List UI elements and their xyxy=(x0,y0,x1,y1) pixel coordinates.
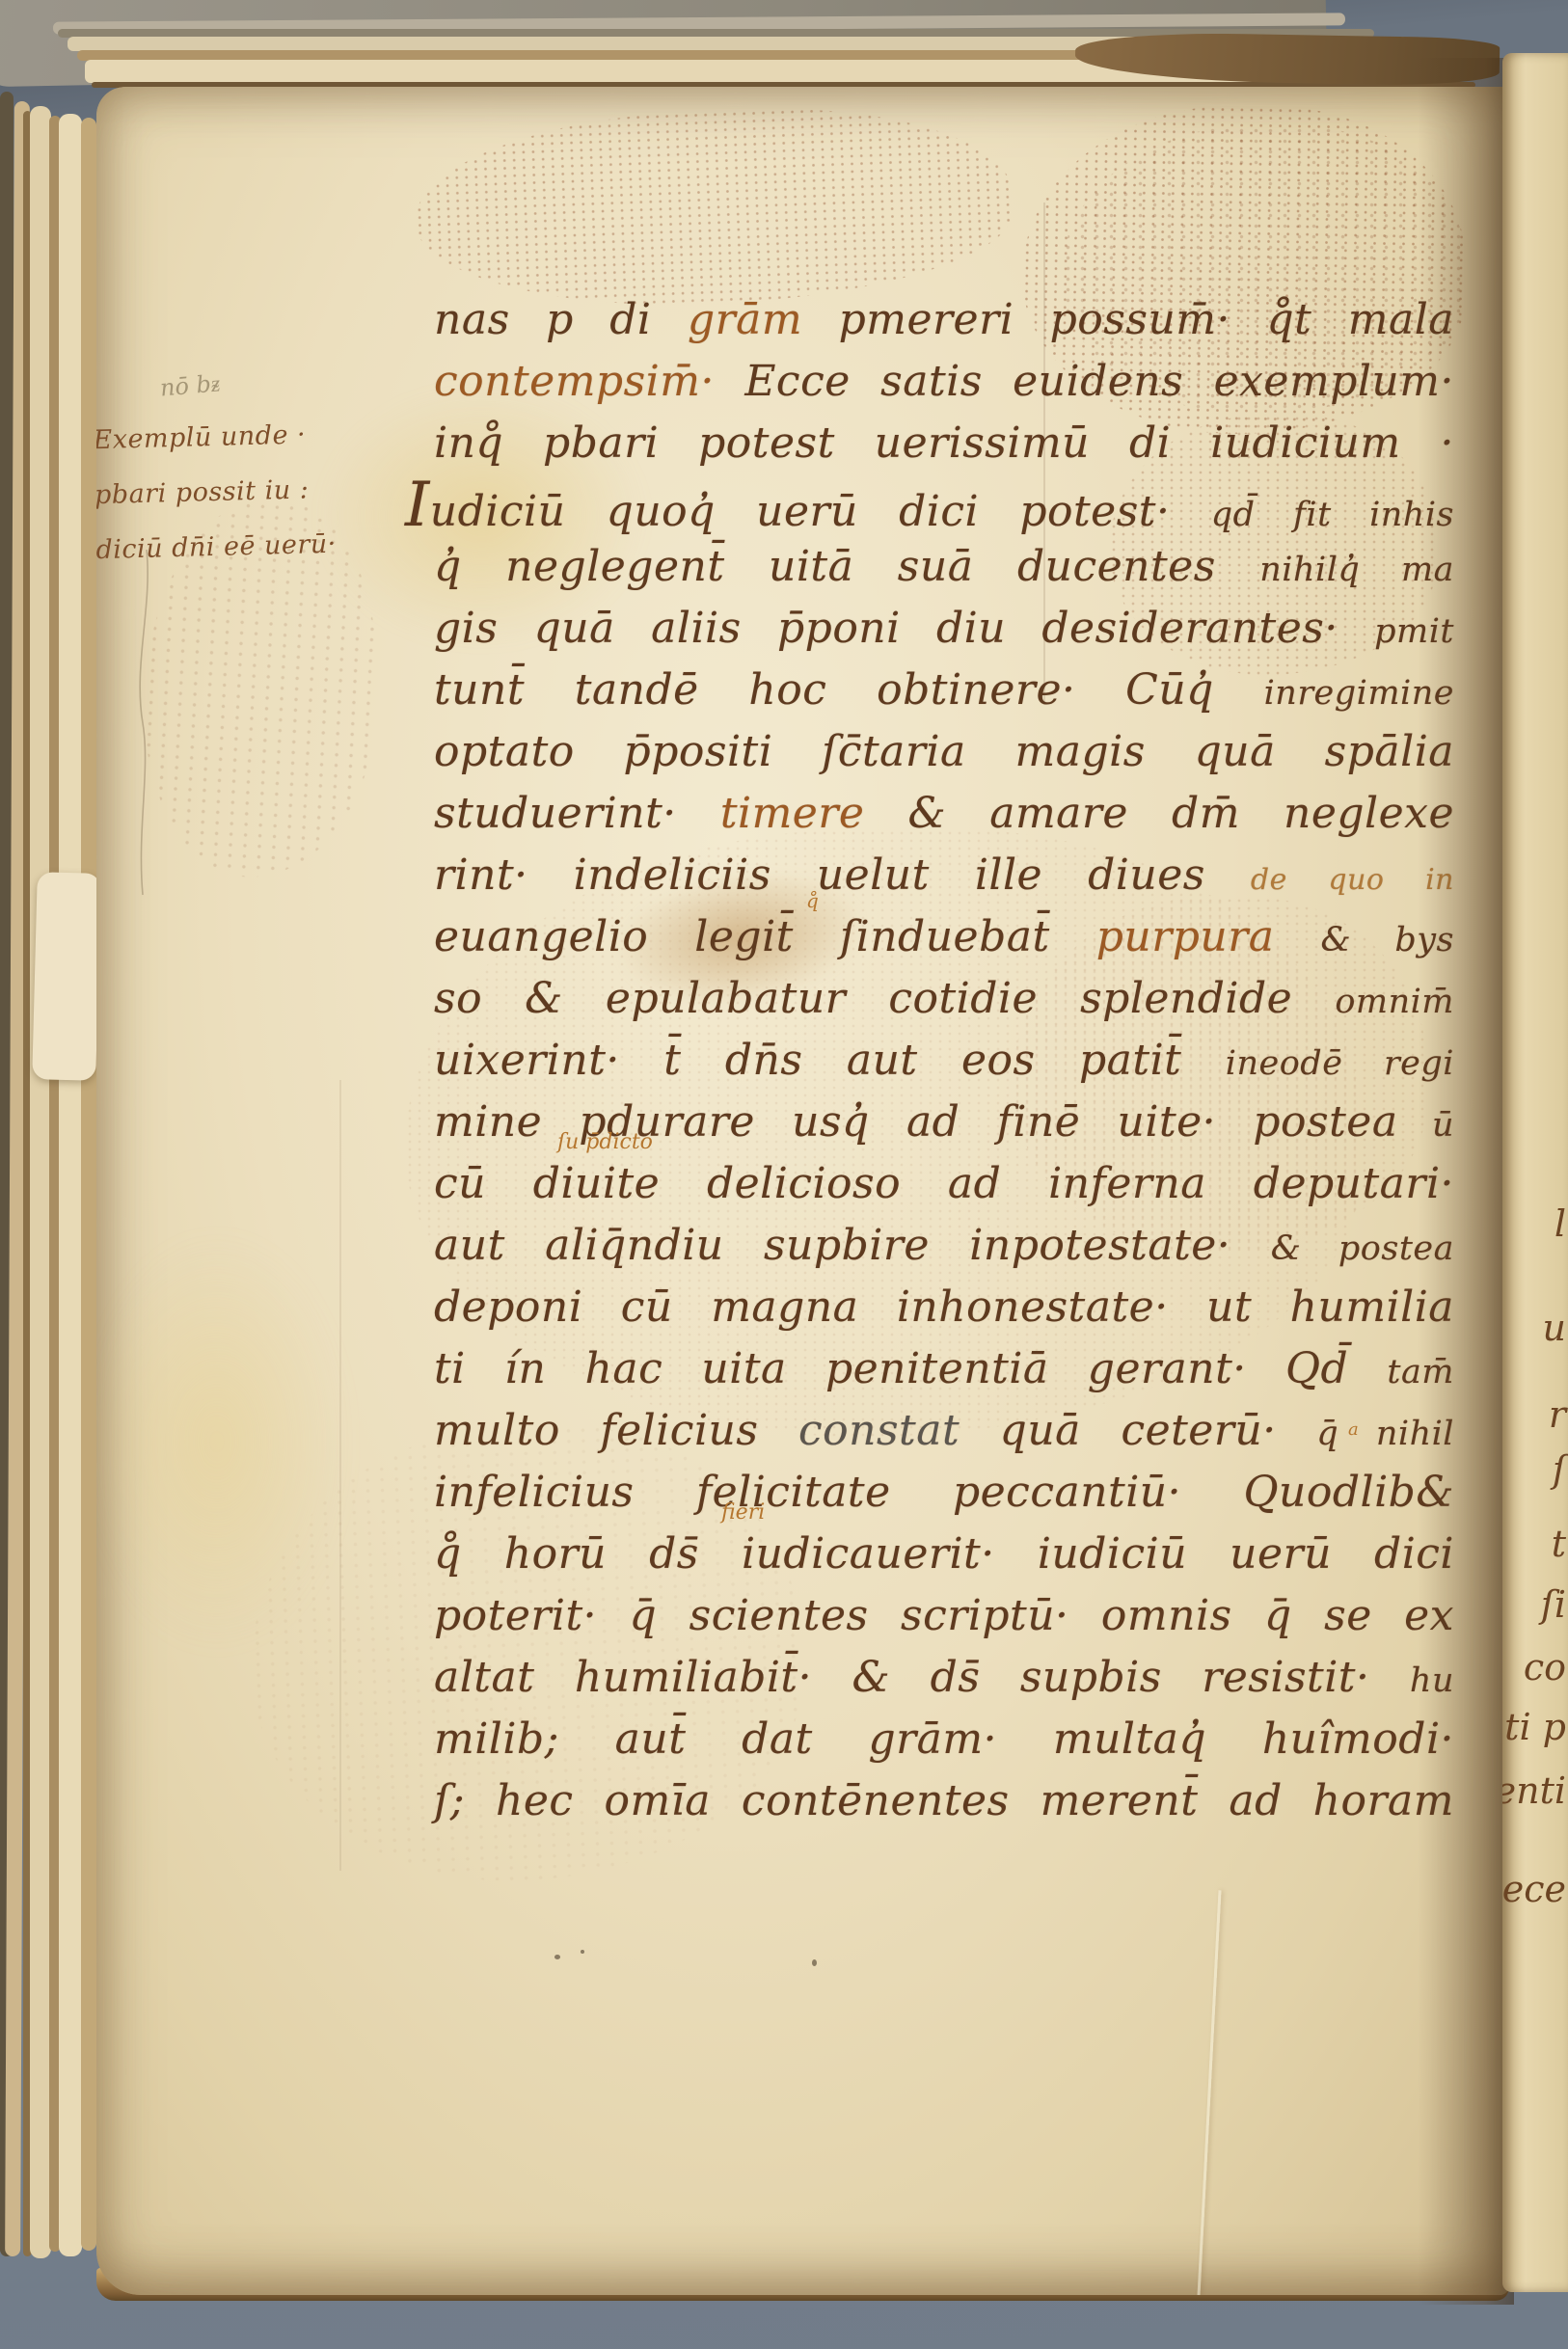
manuscript-book: nō bᵶ Exemplū unde ·pbari possit iu :dic… xyxy=(0,0,1568,2349)
text-segment: Ecce satis euidens exemplum· xyxy=(744,357,1454,406)
text-segment: altat humiliabit̄· & ds̄ supbis resistit… xyxy=(434,1653,1410,1702)
facing-page-text-fragment: ti p xyxy=(1504,1709,1566,1745)
facing-page-sliver: lurſtſicoti ptentip nece xyxy=(1502,53,1568,2292)
margin-note-line-1: Exemplū unde · xyxy=(96,405,402,468)
marginal-note: Exemplū unde ·pbari possit iu :diciū dn̄… xyxy=(96,405,405,578)
main-text-block: nas p di grām pmereri possum̄· q̊t malac… xyxy=(434,289,1454,1832)
text-segment: Iudiciū quoq̓ uerū dici potest· xyxy=(405,487,1211,536)
text-line-11: euangelio legit̄ ſinduebat̄ purpura & by… xyxy=(434,906,1454,968)
text-line-13: uixerint· t̄ dn̄s aut eos patit̄ ineodē … xyxy=(434,1030,1454,1092)
ink-dot xyxy=(581,1950,584,1954)
text-segment: pmereri possum̄· q̊t mala xyxy=(839,295,1454,344)
text-segment: euangelio legit̄ ſinduebat̄ xyxy=(434,912,1096,961)
manuscript-photo: { "colors": { "ink_dark": "#5e3a1f", "in… xyxy=(0,0,1568,2349)
text-line-3: inq̊ pbari potest uerissimū di iudicium … xyxy=(434,413,1454,474)
text-line-17: deponi cū magna inhonestate· ut humilia xyxy=(434,1277,1454,1338)
text-segment: studuerint· xyxy=(434,789,720,838)
text-segment: ti ín hac uita penitentiā gerant· Qd̄ xyxy=(434,1344,1387,1393)
text-segment: so & epulabatur cotidie splendide xyxy=(434,974,1335,1023)
parchment-page: nō bᵶ Exemplū unde ·pbari possit iu :dic… xyxy=(96,87,1509,2295)
faded-nota-mark: nō bᵶ xyxy=(159,369,222,402)
text-segment: infelicius felicitate peccantiū· Quodlib… xyxy=(434,1468,1454,1517)
text-line-18: ti ín hac uita penitentiā gerant· Qd̄ ta… xyxy=(434,1338,1454,1400)
freckle-cluster xyxy=(412,100,1016,314)
facing-page-text-fragment: t xyxy=(1552,1525,1566,1562)
parchment-stain xyxy=(96,1234,347,1649)
text-line-22: poterit· q̄ scientes scriptū· omnis q̄ s… xyxy=(434,1585,1454,1647)
text-line-4: Iudiciū quoq̓ uerū dici potest· qd̄ fit … xyxy=(434,474,1454,536)
text-line-7: tunt̄ tandē hoc obtinere· Cūq̓ inregimin… xyxy=(434,660,1454,721)
interlinear-note: fieri xyxy=(721,1502,765,1524)
text-segment: rint· indeliciis uelut ille diues xyxy=(434,850,1251,900)
parchment-crease xyxy=(1196,1890,1221,2295)
text-segment: constat xyxy=(798,1406,1000,1455)
gutter-shadow xyxy=(1418,58,1514,2305)
text-line-24: milib; aut̄ dat grām· multaq̓ huîmodi· xyxy=(434,1709,1454,1770)
text-segment: q̓ neglegent̄ uitā suā ducentes xyxy=(434,542,1259,591)
facing-page-text-fragment: l xyxy=(1554,1205,1566,1242)
facing-page-text-fragment: u xyxy=(1543,1309,1566,1346)
hairline-mark xyxy=(125,550,164,897)
text-line-16: aut aliq̄ndiu supbire inpotestate· & pos… xyxy=(434,1215,1454,1277)
text-segment: multo felicius xyxy=(434,1406,798,1455)
text-segment: optato p̄positi ſc̄taria magis quā spāli… xyxy=(434,727,1454,776)
facing-page-text-fragment: co xyxy=(1524,1649,1566,1686)
page-stack-left-edge xyxy=(30,106,51,2258)
text-segment: aut aliq̄ndiu supbire inpotestate· xyxy=(434,1221,1271,1270)
margin-note-line-3: diciū dn̄i eē uerū· xyxy=(96,515,405,578)
text-line-9: studuerint· timere & amare dm̄ neglexe xyxy=(434,783,1454,845)
text-segment: timere xyxy=(720,789,908,838)
margin-note-line-2: pbari possit iu : xyxy=(96,460,404,523)
interlinear-note: q̊ xyxy=(806,891,819,910)
text-line-8: optato p̄positi ſc̄taria magis quā spāli… xyxy=(434,721,1454,783)
text-line-21: q̊ horū ds̄ iudicauerit· iudiciū uerū di… xyxy=(434,1524,1454,1585)
text-line-6: gis quā aliis p̄poni diu desiderantes· p… xyxy=(434,598,1454,660)
text-line-2: contempsim̄· Ecce satis euidens exemplum… xyxy=(434,351,1454,413)
text-line-5: q̓ neglegent̄ uitā suā ducentes nihilq̓ … xyxy=(434,536,1454,598)
text-segment: q̊ horū ds̄ iudicauerit· iudiciū uerū di… xyxy=(434,1529,1454,1579)
page-stack-left-edge xyxy=(81,118,96,2251)
facing-page-text-fragment: ſ xyxy=(1553,1451,1566,1488)
text-line-10: rint· indeliciis uelut ille diues de quo… xyxy=(434,845,1454,906)
text-line-15: cū diuite delicioso ad inferna deputari· xyxy=(434,1153,1454,1215)
facing-page-text-fragment: ſi xyxy=(1541,1586,1566,1623)
text-segment: & amare dm̄ neglexe xyxy=(907,789,1454,838)
interlinear-note: a xyxy=(1348,1421,1359,1439)
text-segment: inq̊ pbari potest uerissimū di iudicium … xyxy=(434,418,1454,468)
text-segment: cū diuite delicioso ad inferna deputari· xyxy=(434,1159,1454,1208)
text-segment: nas p di xyxy=(434,295,688,344)
text-line-12: so & epulabatur cotidie splendide omnim̄ xyxy=(434,968,1454,1030)
text-segment: uixerint· t̄ dn̄s aut eos patit̄ xyxy=(434,1036,1226,1085)
ink-dot xyxy=(812,1959,817,1966)
text-segment: milib; aut̄ dat grām· multaq̓ huîmodi· xyxy=(434,1714,1454,1764)
facing-page-text-fragment: r xyxy=(1549,1396,1566,1433)
ink-dot xyxy=(554,1955,560,1959)
text-line-1: nas p di grām pmereri possum̄· q̊t mala xyxy=(434,289,1454,351)
text-segment: tunt̄ tandē hoc obtinere· Cūq̓ xyxy=(434,665,1264,715)
text-line-25: ſ; hec omīa contēnentes merent̄ ad horam xyxy=(434,1770,1454,1832)
text-segment: purpura xyxy=(1096,912,1321,961)
text-segment: ſ; hec omīa contēnentes merent̄ ad horam xyxy=(434,1776,1454,1825)
interlinear-note: ſu p̄dicto xyxy=(557,1132,653,1153)
text-segment: poterit· q̄ scientes scriptū· omnis q̄ s… xyxy=(434,1591,1454,1640)
text-segment: deponi cū magna inhonestate· ut humilia xyxy=(434,1282,1454,1332)
facing-page-text-fragment: p nece xyxy=(1502,1834,1566,1907)
parchment-tab xyxy=(32,872,101,1081)
text-line-19: multo felicius constat quā ceterū· q̄ ni… xyxy=(434,1400,1454,1462)
parchment-crease xyxy=(339,1080,341,1871)
text-segment: grām xyxy=(688,295,839,344)
text-line-23: altat humiliabit̄· & ds̄ supbis resistit… xyxy=(434,1647,1454,1709)
facing-page-text-fragment: tenti xyxy=(1502,1772,1566,1809)
text-segment: gis quā aliis p̄poni diu desiderantes· xyxy=(434,604,1374,653)
text-segment: quā ceterū· xyxy=(1000,1406,1317,1455)
text-line-20: infelicius felicitate peccantiū· Quodlib… xyxy=(434,1462,1454,1524)
page-stack-left-edge xyxy=(59,114,82,2256)
text-segment: contempsim̄· xyxy=(434,357,744,406)
